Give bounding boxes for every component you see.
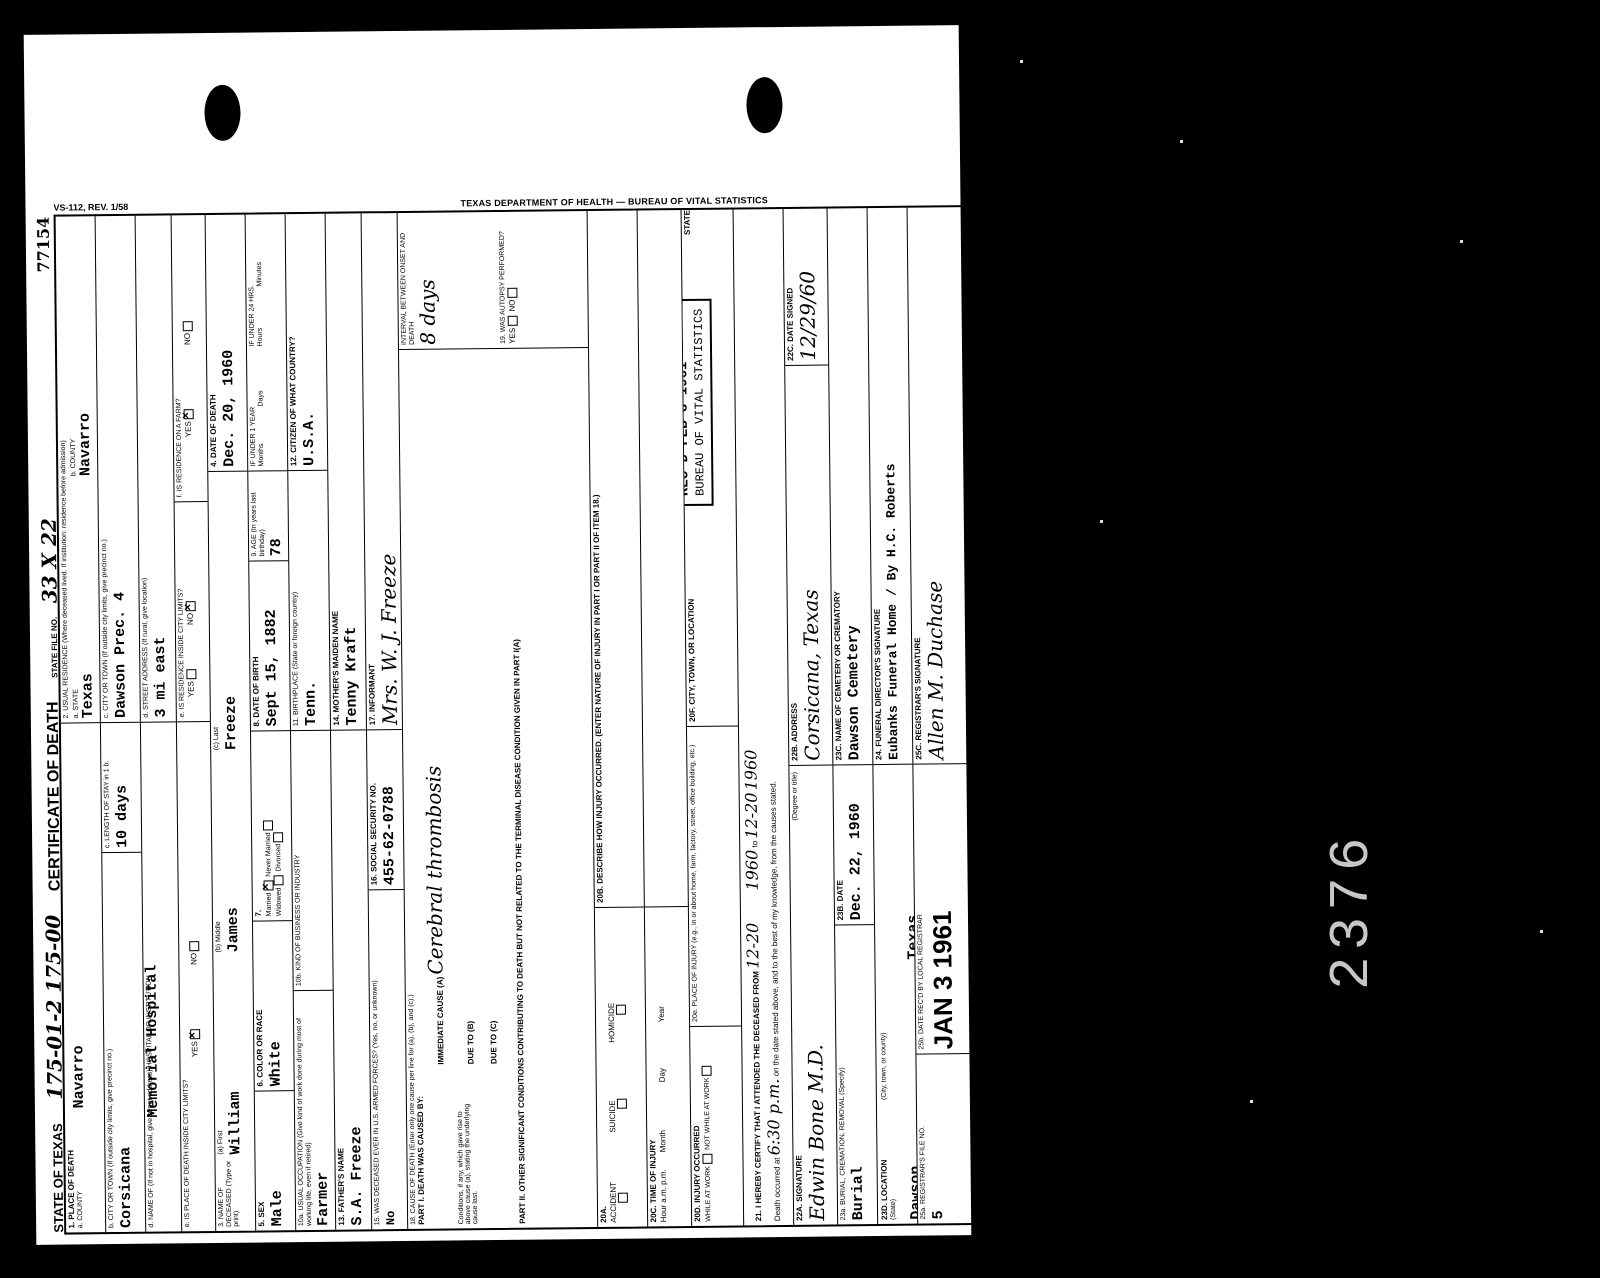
time-of-death: 6:30 p.m. (764, 1079, 784, 1156)
residence-inside-limits-yes[interactable] (186, 669, 196, 679)
medical-death-time-label: Death occurred at (772, 1157, 782, 1221)
occupation: Farmer (313, 995, 332, 1226)
deceased-business-label: 10b. KIND OF BUSINESS OR INDUSTRY (293, 735, 303, 986)
cemetery-name: Dawson Cemetery (840, 208, 863, 760)
deceased-first-label: (a) First (215, 955, 225, 1155)
medical-manner-options-1: SUICIDE (607, 1043, 617, 1133)
length-of-stay: 10 days (113, 727, 131, 848)
disposition: Burial (847, 929, 867, 1220)
informant-signature: Mrs. W. J. Freeze (372, 213, 401, 725)
residence-city: Dawson Prec. 4 (107, 216, 129, 718)
residence-county: Navarro (77, 413, 95, 476)
medical-injury-occurred-label: 20d. INJURY OCCURRED (692, 1031, 703, 1222)
burial-disposition-label: 23a. BURIAL, CREMATION, REMOVAL (Specify… (837, 929, 848, 1220)
last-name: Freeze (221, 550, 240, 750)
father-name: S.A. Freeze (344, 734, 366, 1225)
medical-due-b-label: DUE TO (b) (461, 353, 477, 1064)
medical-state-injury-label: STATE (684, 210, 693, 235)
deceased-last-label: (c) Last (211, 550, 221, 750)
corner-number: 77154 (34, 217, 54, 273)
deceased-race-label: 6. COLOR OR RACE (255, 925, 265, 1086)
stamp-line3: BUREAU OF VITAL STATISTICS (691, 309, 709, 496)
death-county-cell: 1. PLACE OF DEATH a. COUNTY Navarro (61, 722, 105, 1232)
medical-part2-label: PART II. OTHER SIGNIFICANT CONDITIONS CO… (510, 353, 528, 1224)
received-stamp: TEXAS DEPARTMENT OF HEALTH REC'D FEB 8 1… (682, 299, 715, 507)
medical-time-fields-2: Day (657, 1022, 667, 1082)
medical-not-at-work: NOT WHILE AT WORK (704, 1077, 712, 1149)
punch-hole (204, 85, 241, 141)
deceased-citizen-label: 12. CITIZEN OF WHAT COUNTRY? (288, 214, 299, 466)
registrar-file-no: 5 (928, 1058, 947, 1219)
death-certificate-form: STATE OF TEXAS 175-01-2 175-00 CERTIFICA… (54, 205, 977, 1234)
social-security-number: 455-62-0788 (380, 734, 399, 885)
medical-immediate-label: IMMEDIATE CAUSE (a) (436, 977, 446, 1065)
burial-date-recd-label: 25b. DATE REC'D BY LOCAL REGISTRAR (915, 769, 926, 1050)
marital-status-cell: 7. Married Never Married Widowed Divorce… (251, 730, 292, 920)
sex: Male (268, 1095, 286, 1226)
immediate-cause: Cerebral thrombosis (422, 766, 448, 975)
medical-autopsy-no: NO (508, 300, 517, 312)
never-married-checkbox[interactable] (263, 820, 273, 830)
state-label: STATE OF TEXAS (50, 1123, 66, 1232)
date-of-birth: Sept 15, 1882 (262, 565, 281, 726)
place-of-death-no-label: NO (186, 613, 195, 625)
medical-due-c-label: DUE TO (c) (483, 353, 499, 1064)
medical-time-fields-3: Year (657, 1006, 666, 1022)
burial-date: Dec. 22, 1960 (846, 769, 865, 920)
death-inside-limits-yes[interactable] (190, 1029, 200, 1039)
medical-autopsy-yes: YES (508, 328, 517, 344)
date-of-death: Dec. 20, 1960 (218, 215, 238, 467)
deceased-middle-label: (b) Middle (213, 752, 223, 952)
death-county: Navarro (67, 727, 88, 1108)
suicide-checkbox[interactable] (617, 1098, 627, 1108)
usual-residence-label: 2. USUAL RESIDENCE (Where deceased lived… (58, 217, 71, 719)
not-at-work-checkbox[interactable] (701, 1065, 711, 1075)
place-of-death-no-label: NO (189, 953, 198, 965)
date-received: JAN 3 1961 (925, 768, 959, 1049)
death-inside-limits-no[interactable] (189, 941, 199, 951)
residence-inside-limits-no[interactable] (185, 601, 195, 611)
date-signed: 12/29/60 (794, 209, 820, 361)
place-of-death-yes-label: YES (186, 681, 195, 697)
place-of-death-yes-label: YES (190, 1041, 199, 1057)
homicide-checkbox[interactable] (616, 1004, 626, 1014)
medical-interval-label: INTERVAL BETWEEN ONSET AND DEATH (400, 213, 417, 345)
birthplace: Tenn. (300, 475, 320, 726)
funeral-director: Eubanks Funeral Home / By H.C. Roberts (880, 208, 901, 760)
deceased-ssn-label: 16. SOCIAL SECURITY NO. (369, 734, 379, 885)
deceased-marital-options-0: Married (265, 893, 272, 917)
race: White (266, 925, 285, 1086)
married-checkbox[interactable] (264, 881, 274, 891)
onset-interval: 8 days (415, 213, 440, 345)
deceased-name-label: 3. NAME OF DECEASED (Type or print) (217, 1157, 241, 1227)
place-of-death-inside-limits-label: e. IS PLACE OF DEATH INSIDE CITY LIMITS? (179, 726, 192, 1227)
burial-location-label: 23d. LOCATION (880, 1100, 890, 1220)
medical-attended-from-year: 1960 (742, 850, 761, 891)
autopsy-yes[interactable] (508, 316, 518, 326)
registrar-signature: Allen M. Duchase (918, 207, 948, 759)
medical-manner-options-2: HOMICIDE (607, 1003, 616, 1043)
hospital-name: Memorial Hospital (141, 727, 162, 1118)
residence-state: Texas (78, 478, 98, 718)
burial-date-label: 23b. DATE (835, 769, 845, 920)
deceased-months-label: Months (257, 406, 265, 466)
deceased-age-label: 9. AGE (In years last birthday) (250, 475, 266, 556)
citizenship: U.S.A. (298, 214, 318, 466)
accident-checkbox[interactable] (618, 1193, 628, 1203)
farm-yes[interactable] (183, 409, 193, 419)
medical-place-injury-label: 20e. PLACE OF INJURY (e.g., in or about … (689, 731, 700, 1022)
deceased-minutes-label: Minutes (256, 262, 263, 287)
while-at-work-checkbox[interactable] (702, 1154, 712, 1164)
deceased-marital-options-1: Never Married (265, 832, 272, 876)
deceased-marital-options-3: Divorced (275, 844, 282, 872)
divorced-checkbox[interactable] (273, 832, 283, 842)
background-digit-stamp: 2376 (1320, 760, 1410, 990)
medical-degree-label: (Degree or title) (791, 772, 799, 821)
deceased-birthplace-label: 11. BIRTHPLACE (State or foreign country… (290, 475, 300, 726)
deceased-days-label: Days (257, 346, 265, 406)
farm-no[interactable] (182, 321, 192, 331)
medical-certify-tail: on the date stated above, and to the bes… (769, 781, 781, 1076)
physician-signature: Edwin Bone M.D. (800, 770, 829, 1221)
deceased-date-of-death-label: 4. DATE OF DEATH (208, 215, 219, 467)
widowed-checkbox[interactable] (274, 875, 284, 885)
autopsy-no[interactable] (507, 288, 517, 298)
deceased-hours-label: Hours (256, 286, 264, 346)
middle-name: James (223, 752, 242, 952)
armed-forces: No (380, 894, 397, 1225)
state-file-no-label: STATE FILE NO. (50, 617, 60, 678)
death-city: Corsicana (114, 857, 135, 1228)
residence-cell: 2. USUAL RESIDENCE (Where deceased lived… (56, 212, 100, 722)
deceased-marital-options-2: Widowed (276, 887, 283, 916)
street-address: 3 mi east (147, 215, 169, 717)
medical-certify-label: 21. I hereby certify that I attended the… (752, 971, 764, 1221)
medical-while-at-work: WHILE AT WORK (704, 1166, 712, 1222)
deceased-dob-label: 8. DATE OF BIRTH (251, 565, 261, 726)
age: 78 (268, 475, 286, 556)
place-of-death-no-label: NO (183, 333, 192, 345)
mother-maiden-name: Tenny Kraft (338, 213, 360, 725)
certificate-paper: VS-112, REV. 1/58 TEXAS DEPARTMENT OF HE… (24, 25, 972, 1245)
burial-registrar-file-label: 25a. REGISTRAR'S FILE NO. (918, 1059, 927, 1220)
usual-residence-farm-label: f. IS RESIDENCE ON A FARM? (174, 215, 185, 497)
place-of-death-stay-label: c. LENGTH OF STAY in 1 b. (103, 727, 112, 848)
place-of-death-yes-label: YES (184, 421, 193, 437)
medical-time-fields-0: Hour a.m. p.m. (658, 1152, 668, 1222)
first-name: William (225, 954, 244, 1154)
medical-attended-to: 12-20 (742, 792, 761, 838)
medical-attended-to-year: 1960 (741, 749, 760, 790)
medical-autopsy-label: 19. WAS AUTOPSY PERFORMED? (499, 212, 508, 344)
medical-attended-from: 12-20 (743, 923, 762, 969)
punch-hole (746, 77, 783, 133)
usual-residence-inside-limits-label: e. IS RESIDENCE INSIDE CITY LIMITS? (177, 506, 187, 717)
physician-address: Corsicana, Texas (796, 370, 824, 761)
medical-manner-options-0: ACCIDENT (608, 1133, 618, 1223)
deceased-sex-label: 5. SEX (257, 1095, 267, 1226)
medical-conditions-label: Conditions, if any, which gave rise to a… (457, 1094, 479, 1224)
deceased-occupation-label: 10a. USUAL OCCUPATION (Give kind of work… (296, 995, 314, 1226)
medical-time-fields-1: Month (657, 1082, 667, 1152)
